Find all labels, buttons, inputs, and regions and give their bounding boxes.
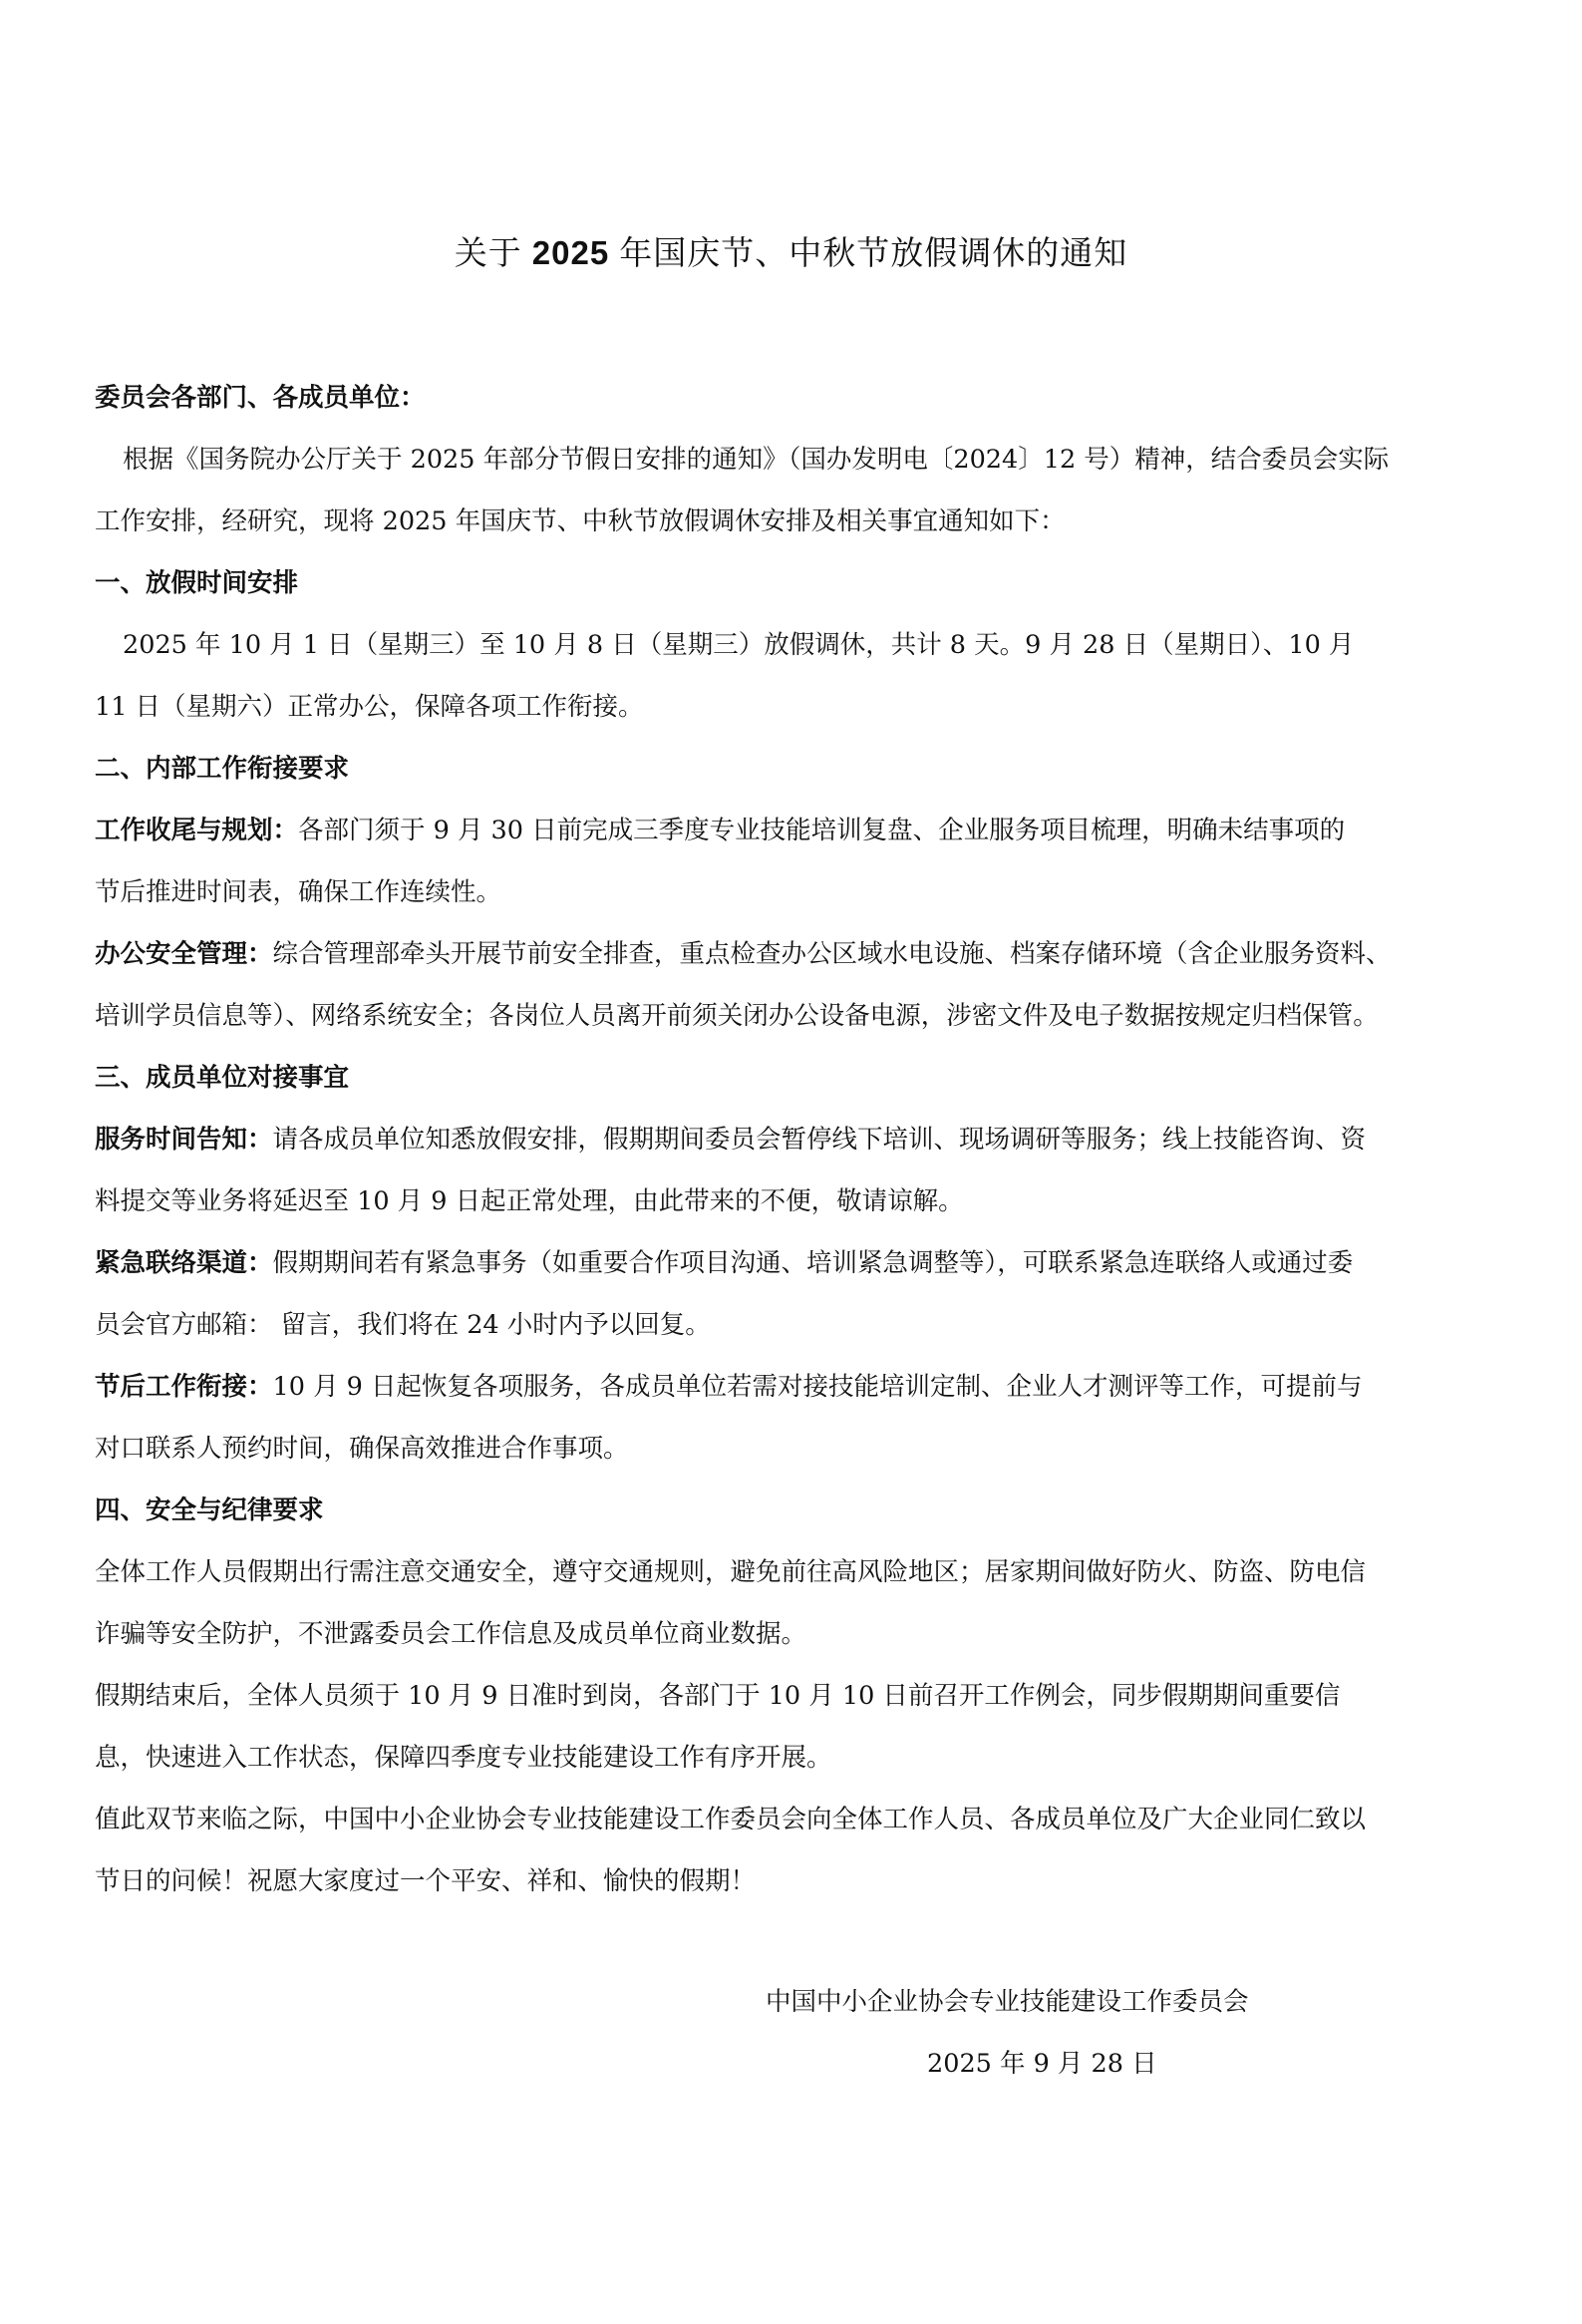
section-2-para-1-line-1: 工作收尾与规划：各部门须于 9 月 30 日前完成三季度专业技能培训复盘、企业服… [95,800,1490,861]
para-label: 紧急联络渠道： [95,1248,273,1278]
section-heading-4: 四、安全与纪律要求 [95,1480,1490,1541]
title-prefix: 关于 [455,233,522,272]
section-3-para-2-line-2: 员会官方邮箱： 留言，我们将在 24 小时内予以回复。 [95,1294,1490,1356]
para-label: 节后工作衔接： [95,1372,273,1402]
title-suffix: 年国庆节、中秋节放假调休的通知 [619,233,1127,272]
section-4-para-2-line-2: 息，快速进入工作状态，保障四季度专业技能建设工作有序开展。 [95,1727,1490,1789]
section-1-para-1-line-2: 11 日（星期六）正常办公，保障各项工作衔接。 [95,676,1490,738]
document-page: 关于2025年国庆节、中秋节放假调休的通知 委员会各部门、各成员单位： 根据《国… [0,0,1582,2324]
para-text: 请各成员单位知悉放假安排，假期期间委员会暂停线下培训、现场调研等服务；线上技能咨… [273,1125,1367,1155]
section-2-para-2-line-2: 培训学员信息等）、网络系统安全；各岗位人员离开前须关闭办公设备电源，涉密文件及电… [95,985,1490,1047]
section-4-para-3-line-2: 节日的问候！祝愿大家度过一个平安、祥和、愉快的假期！ [95,1850,1490,1912]
para-text: 各部门须于 9 月 30 日前完成三季度专业技能培训复盘、企业服务项目梳理，明确… [298,816,1345,845]
section-2-para-2-line-1: 办公安全管理：综合管理部牵头开展节前安全排查，重点检查办公区域水电设施、档案存储… [95,923,1490,985]
section-4-para-1-line-2: 诈骗等安全防护，不泄露委员会工作信息及成员单位商业数据。 [95,1603,1490,1665]
section-heading-3: 三、成员单位对接事宜 [95,1047,1490,1109]
section-3-para-1-line-1: 服务时间告知：请各成员单位知悉放假安排，假期期间委员会暂停线下培训、现场调研等服… [95,1109,1490,1170]
para-text: 综合管理部牵头开展节前安全排查，重点检查办公区域水电设施、档案存储环境（含企业服… [273,939,1392,969]
para-label: 服务时间告知： [95,1125,273,1155]
intro-line-2: 工作安排，经研究，现将 2025 年国庆节、中秋节放假调休安排及相关事宜通知如下… [95,491,1490,552]
para-text: 10 月 9 日起恢复各项服务，各成员单位若需对接技能培训定制、企业人才测评等工… [273,1372,1363,1402]
intro-line-1: 根据《国务院办公厅关于 2025 年部分节假日安排的通知》（国办发明电〔2024… [95,429,1490,491]
signature-organization: 中国中小企业协会专业技能建设工作委员会 [766,1971,1249,2033]
section-2-para-1-line-2: 节后推进时间表，确保工作连续性。 [95,861,1490,923]
section-3-para-2-line-1: 紧急联络渠道：假期期间若有紧急事务（如重要合作项目沟通、培训紧急调整等），可联系… [95,1232,1490,1294]
section-3-para-1-line-2: 料提交等业务将延迟至 10 月 9 日起正常处理，由此带来的不便，敬请谅解。 [95,1170,1490,1232]
para-label: 工作收尾与规划： [95,816,298,845]
section-1-para-1-line-1: 2025 年 10 月 1 日（星期三）至 10 月 8 日（星期三）放假调休，… [95,614,1490,676]
para-text: 假期期间若有紧急事务（如重要合作项目沟通、培训紧急调整等），可联系紧急连联络人或… [273,1248,1354,1278]
section-4-para-2-line-1: 假期结束后，全体人员须于 10 月 9 日准时到岗，各部门于 10 月 10 日… [95,1665,1490,1727]
section-4-para-1-line-1: 全体工作人员假期出行需注意交通安全，遵守交通规则，避免前往高风险地区；居家期间做… [95,1541,1490,1603]
document-title: 关于2025年国庆节、中秋节放假调休的通知 [0,227,1582,274]
signature-date: 2025 年 9 月 28 日 [927,2033,1157,2095]
salutation: 委员会各部门、各成员单位： [95,367,1490,429]
title-year: 2025 [532,234,609,271]
section-4-para-3-line-1: 值此双节来临之际，中国中小企业协会专业技能建设工作委员会向全体工作人员、各成员单… [95,1789,1490,1850]
para-label: 办公安全管理： [95,939,273,969]
section-heading-2: 二、内部工作衔接要求 [95,738,1490,800]
section-heading-1: 一、放假时间安排 [95,552,1490,614]
section-3-para-3-line-1: 节后工作衔接：10 月 9 日起恢复各项服务，各成员单位若需对接技能培训定制、企… [95,1356,1490,1418]
section-3-para-3-line-2: 对口联系人预约时间，确保高效推进合作事项。 [95,1418,1490,1480]
document-body: 委员会各部门、各成员单位： 根据《国务院办公厅关于 2025 年部分节假日安排的… [95,367,1490,1912]
